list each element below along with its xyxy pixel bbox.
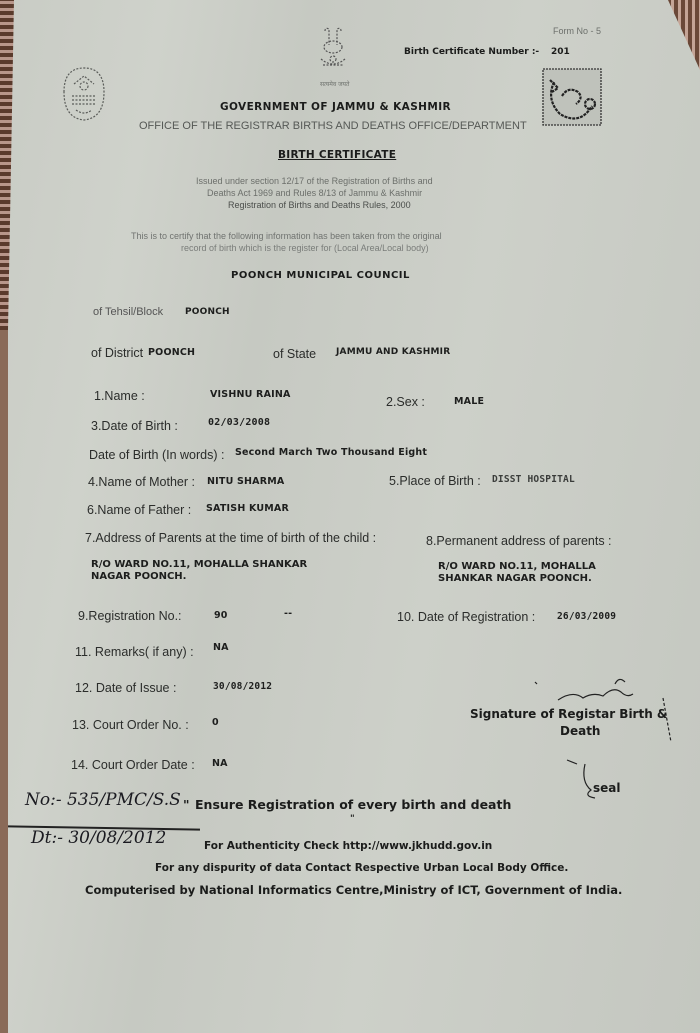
dob-words-value: Second March Two Thousand Eight: [235, 447, 427, 458]
legal-line-3: Registration of Births and Deaths Rules,…: [228, 200, 411, 210]
certify-line-2: record of birth which is the register fo…: [181, 243, 429, 253]
tehsil-value: POONCH: [185, 307, 230, 317]
registration-no-label: 9.Registration No.:: [78, 609, 182, 623]
address-perm-line-2: SHANKAR NAGAR POONCH.: [438, 573, 592, 584]
handwritten-date: Dt:- 30/08/2012: [31, 828, 166, 848]
seal-label: seal: [593, 781, 621, 795]
remarks-label: 11. Remarks( if any) :: [75, 645, 194, 659]
jk-state-emblem-icon: [58, 62, 110, 124]
certificate-number-label: Birth Certificate Number :-: [404, 47, 539, 57]
authenticity-check-text: For Authenticity Check http://www.jkhudd…: [204, 840, 492, 852]
address-birth-label: 7.Address of Parents at the time of birt…: [85, 531, 376, 545]
sex-label: 2.Sex :: [386, 395, 425, 409]
certify-line-1: This is to certify that the following in…: [131, 231, 442, 241]
signature-label-line-1: Signature of Registar Birth &: [470, 707, 667, 721]
district-label: of District: [91, 346, 143, 360]
sex-value: MALE: [454, 396, 484, 407]
legal-line-2: Deaths Act 1969 and Rules 8/13 of Jammu …: [207, 188, 422, 198]
dob-words-label: Date of Birth (In words) :: [89, 448, 224, 462]
address-birth-line-1: R/O WARD NO.11, MOHALLA SHANKAR: [91, 559, 307, 570]
legal-line-1: Issued under section 12/17 of the Regist…: [196, 176, 433, 186]
issue-date-value: 30/08/2012: [213, 681, 272, 692]
slogan-open-quote: ": [183, 797, 190, 812]
issue-date-label: 12. Date of Issue :: [75, 681, 176, 695]
court-order-no-value: 0: [212, 717, 219, 728]
address-perm-label: 8.Permanent address of parents :: [426, 534, 612, 548]
office-heading: OFFICE OF THE REGISTRAR BIRTHS AND DEATH…: [139, 120, 527, 132]
registration-no-suffix: --: [284, 608, 292, 619]
mother-value: NITU SHARMA: [207, 476, 284, 487]
certificate-number: 201: [551, 47, 570, 57]
national-emblem-icon: [313, 25, 353, 85]
signature-label-line-2: Death: [560, 724, 600, 738]
registration-date-value: 26/03/2009: [557, 611, 616, 622]
government-heading: GOVERNMENT OF JAMMU & KASHMIR: [220, 101, 451, 113]
certificate-paper: Form No - 5 Birth Certificate Number :- …: [8, 0, 700, 1033]
mother-label: 4.Name of Mother :: [88, 475, 195, 489]
slogan-close-quote: ": [350, 814, 355, 824]
court-order-date-label: 14. Court Order Date :: [71, 758, 195, 772]
remarks-value: NA: [213, 642, 229, 653]
local-body-name: POONCH MUNICIPAL COUNCIL: [231, 270, 410, 281]
name-label: 1.Name :: [94, 389, 145, 403]
district-value: POONCH: [148, 347, 195, 358]
slogan-text: Ensure Registration of every birth and d…: [195, 797, 511, 812]
state-label: of State: [273, 347, 316, 361]
dob-value: 02/03/2008: [208, 417, 270, 428]
registration-no-value: 90: [214, 610, 228, 621]
department-logo-icon: [540, 66, 604, 126]
certificate-title: BIRTH CERTIFICATE: [278, 149, 396, 161]
disparity-contact-text: For any dispurity of data Contact Respec…: [155, 862, 568, 874]
court-order-date-value: NA: [212, 758, 228, 769]
father-label: 6.Name of Father :: [87, 503, 191, 517]
registration-date-label: 10. Date of Registration :: [397, 610, 535, 624]
address-perm-line-1: R/O WARD NO.11, MOHALLA: [438, 561, 596, 572]
computerised-by-text: Computerised by National Informatics Cen…: [85, 883, 622, 897]
form-number: Form No - 5: [553, 26, 601, 36]
place-label: 5.Place of Birth :: [389, 474, 481, 488]
state-value: JAMMU AND KASHMIR: [336, 347, 450, 357]
handwritten-reference-number: No:- 535/PMC/S.S: [25, 790, 181, 810]
address-birth-line-2: NAGAR POONCH.: [91, 571, 186, 582]
tehsil-label: of Tehsil/Block: [93, 306, 163, 318]
place-value: DISST HOSPITAL: [492, 474, 575, 485]
name-value: VISHNU RAINA: [210, 389, 291, 400]
father-value: SATISH KUMAR: [206, 503, 289, 514]
court-order-no-label: 13. Court Order No. :: [72, 718, 189, 732]
dob-label: 3.Date of Birth :: [91, 419, 178, 433]
emblem-caption: सत्यमेव जयते: [320, 80, 349, 88]
